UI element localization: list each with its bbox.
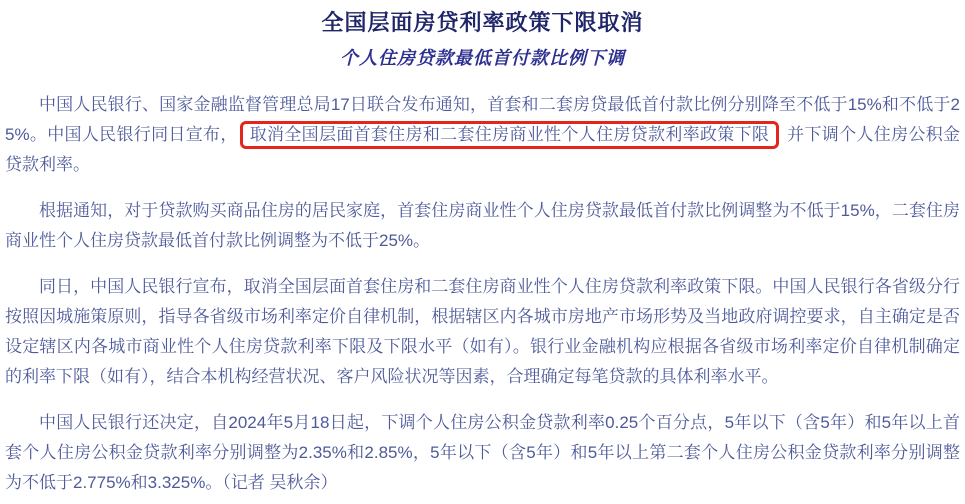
paragraph-announcement: 中国人民银行、国家金融监督管理总局17日联合发布通知，首套和二套房贷最低首付款比… [5, 90, 960, 180]
highlighted-clause: 取消全国层面首套住房和二套住房商业性个人住房贷款利率政策下限 [240, 121, 779, 149]
paragraph-housing-fund-rates: 中国人民银行还决定，自2024年5月18日起，下调个人住房公积金贷款利率0.25… [5, 408, 960, 498]
paragraph-downpayment-details: 根据通知，对于贷款购买商品住房的居民家庭，首套住房商业性个人住房贷款最低首付款比… [5, 196, 960, 256]
article-title: 全国层面房贷利率政策下限取消 [5, 10, 960, 36]
article: 全国层面房贷利率政策下限取消 个人住房贷款最低首付款比例下调 中国人民银行、国家… [0, 0, 965, 504]
article-subtitle: 个人住房贷款最低首付款比例下调 [5, 46, 960, 70]
paragraph-rate-floor-details: 同日，中国人民银行宣布，取消全国层面首套住房和二套住房商业性个人住房贷款利率政策… [5, 272, 960, 392]
